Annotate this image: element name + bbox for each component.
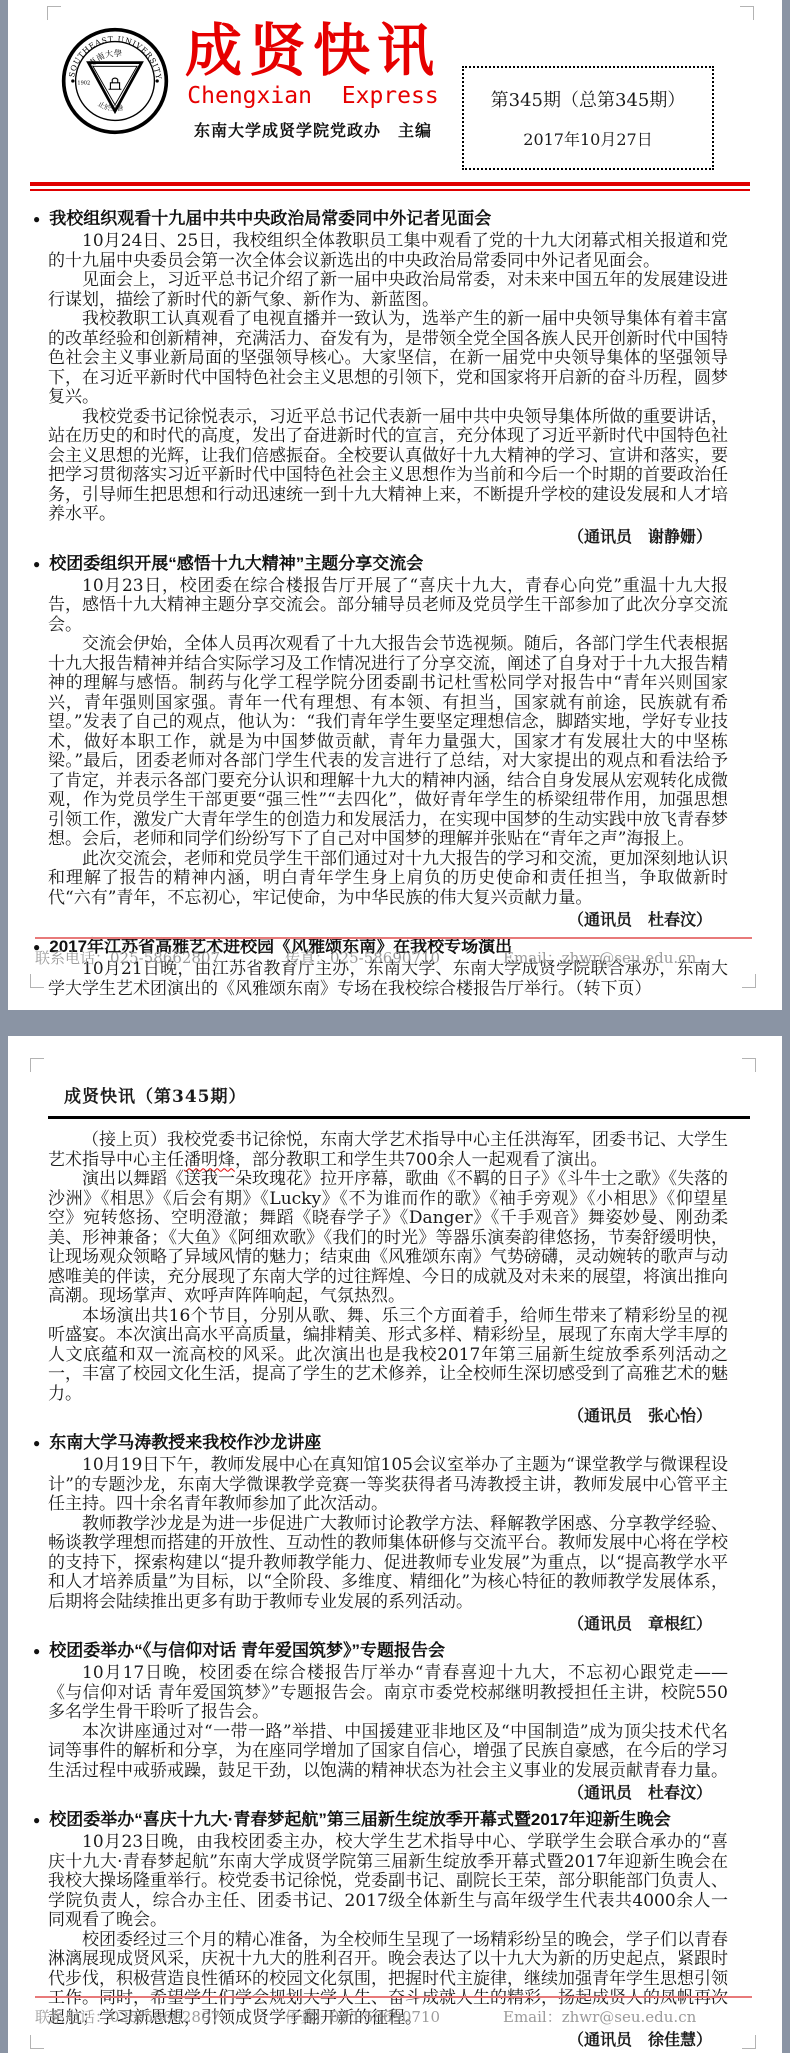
- article-paragraph: 教师教学沙龙是为进一步促进广大教师讨论教学方法、释解教学困惑、分享教学经验、畅谈…: [48, 1515, 728, 1613]
- bullet-icon: ●: [33, 1813, 40, 1827]
- continuation-post: ，部分教职工和学生共700余人一起观看了演出。: [235, 1150, 607, 1170]
- footer-rule: [35, 1996, 752, 1998]
- page2-articles: （接上页）我校党委书记徐悦，东南大学艺术指导中心主任洪海军，团委书记、大学生艺术…: [8, 1119, 782, 2051]
- article-paragraph: 本场演出共16个节目，分别从歌、舞、乐三个方面着手，给师生带来了精彩纷呈的视听盛…: [48, 1307, 728, 1405]
- article-paragraph: 10月24日、25日，我校组织全体教职员工集中观看了党的十九大闭幕式相关报道和党…: [48, 232, 728, 271]
- article-title: ●东南大学马涛教授来我校作沙龙讲座: [33, 1432, 728, 1454]
- crop-mark: [742, 1058, 756, 1072]
- article-paragraph: 10月23日，校团委在综合楼报告厅开展了“喜庆十九大，青春心向党”重温十九大报告…: [48, 577, 728, 636]
- page2-footer: 联系电话：025-58662807 传真：025-58690710 Email：…: [35, 1996, 752, 2027]
- article-paragraph: 10月19日下午，教师发展中心在真知馆105会议室举办了主题为“课堂教学与微课程…: [48, 1456, 728, 1515]
- footer-phone: 联系电话：025-58662807: [35, 948, 285, 968]
- newsletter-title: 成贤快讯: [168, 20, 458, 82]
- crop-mark: [30, 2035, 44, 2049]
- article-paragraph: 我校党委书记徐悦表示，习近平总书记代表新一届中共中央领导集体所做的重要讲话，站在…: [48, 408, 728, 525]
- article-paragraph: 10月23日晚，由我校团委主办，校大学生艺术指导中心、学联学生会联合承办的“喜庆…: [48, 1833, 728, 1931]
- article-title: ●校团委举办“《与信仰对话 青年爱国筑梦》”专题报告会: [33, 1640, 728, 1662]
- article-title: ●校团委组织开展“感悟十九大精神”主题分享交流会: [33, 553, 728, 575]
- footer-email: Email：zhwr@seu.edu.cn: [503, 948, 696, 968]
- southeast-university-seal-logo: SOUTHEAST UNIVERSITY 東南大學 1902 止於至善: [60, 26, 170, 136]
- article-2: ●校团委组织开展“感悟十九大精神”主题分享交流会 10月23日，校团委在综合楼报…: [48, 553, 728, 932]
- crop-mark: [742, 2035, 756, 2049]
- article-title-text: 校团委组织开展“感悟十九大精神”主题分享交流会: [49, 554, 423, 573]
- issue-date: 2017年10月27日: [523, 127, 652, 150]
- article-1: ●我校组织观看十九届中共中央政治局常委同中外记者见面会 10月24日、25日，我…: [48, 208, 728, 548]
- article-byline: （通讯员 杜春汶）: [48, 1781, 728, 1804]
- article-title-text: 校团委举办“《与信仰对话 青年爱国筑梦》”专题报告会: [49, 1641, 445, 1660]
- newsletter-page-2: 成贤快讯（第345期） （接上页）我校党委书记徐悦，东南大学艺术指导中心主任洪海…: [8, 1036, 782, 2053]
- article-title: ●校团委举办“喜庆十九大·青春梦起航”第三届新生绽放季开幕式暨2017年迎新生晚…: [33, 1809, 728, 1831]
- bullet-icon: ●: [33, 212, 40, 226]
- crop-mark: [742, 974, 756, 988]
- article-paragraph: 见面会上，习近平总书记介绍了新一届中央政治局常委，对未来中国五年的发展建设进行谋…: [48, 271, 728, 310]
- article-paragraph: 10月17日晚，校团委在综合楼报告厅举办“青春喜迎十九大，不忘初心跟党走——《与…: [48, 1664, 728, 1723]
- article-paragraph: 演出以舞蹈《送我一朵玫瑰花》拉开序幕，歌曲《不羁的日子》《斗牛士之歌》《失落的沙…: [48, 1170, 728, 1307]
- article-title: ●我校组织观看十九届中共中央政治局常委同中外记者见面会: [33, 208, 728, 230]
- publisher-line: 东南大学成贤学院党政办 主编: [168, 118, 458, 141]
- page1-articles: ●我校组织观看十九届中共中央政治局常委同中外记者见面会 10月24日、25日，我…: [8, 199, 782, 999]
- running-head: 成贤快讯（第345期）: [64, 1082, 750, 1107]
- article-title-text: 我校组织观看十九届中共中央政治局常委同中外记者见面会: [49, 209, 491, 228]
- article-4: ●东南大学马涛教授来我校作沙龙讲座 10月19日下午，教师发展中心在真知馆105…: [48, 1432, 728, 1635]
- article-byline: （通讯员 徐佳慧）: [48, 2028, 728, 2051]
- footer-email: Email：zhwr@seu.edu.cn: [503, 2007, 696, 2027]
- article-byline: （通讯员 章根红）: [48, 1612, 728, 1635]
- footer-phone: 联系电话：025-58662807: [35, 2007, 285, 2027]
- article-byline: （通讯员 杜春汶）: [48, 908, 728, 931]
- page2-header: 成贤快讯（第345期）: [8, 1036, 782, 1119]
- bullet-icon: ●: [33, 557, 40, 571]
- document-canvas: SOUTHEAST UNIVERSITY 東南大學 1902 止於至善 成贤快讯…: [0, 0, 790, 2053]
- article-paragraph: 此次交流会，老师和党员学生干部们通过对十九大报告的学习和交流，更加深刻地认识和理…: [48, 850, 728, 909]
- footer-fax: 传真：025-58690710: [285, 2007, 503, 2027]
- article-byline: （通讯员 谢静姗）: [48, 525, 728, 548]
- article-paragraph: （接上页）我校党委书记徐悦，东南大学艺术指导中心主任洪海军，团委书记、大学生艺术…: [48, 1131, 728, 1170]
- article-paragraph: 我校教职工认真观看了电视直播并一致认为，选举产生的新一届中央领导集体有着丰富的改…: [48, 310, 728, 408]
- page1-footer: 联系电话：025-58662807 传真：025-58690710 Email：…: [35, 937, 752, 968]
- article-5: ●校团委举办“《与信仰对话 青年爱国筑梦》”专题报告会 10月17日晚，校团委在…: [48, 1640, 728, 1804]
- article-3-continued: （接上页）我校党委书记徐悦，东南大学艺术指导中心主任洪海军，团委书记、大学生艺术…: [48, 1131, 728, 1427]
- newsletter-page-1: SOUTHEAST UNIVERSITY 東南大學 1902 止於至善 成贤快讯…: [8, 0, 782, 1010]
- footer-fax: 传真：025-58690710: [285, 948, 503, 968]
- footer-rule: [35, 937, 752, 939]
- issue-number: 第345期（总第345期）: [491, 86, 686, 112]
- double-red-rule: [30, 182, 750, 191]
- article-paragraph: 交流会伊始，全体人员再次观看了十九大报告会节选视频。随后，各部门学生代表根据十九…: [48, 635, 728, 850]
- newsletter-title-en: Chengxian Express: [168, 83, 458, 109]
- article-paragraph: 本次讲座通过对“一带一路”举措、中国援建亚非地区及“中国制造”成为顶尖技术代名词…: [48, 1723, 728, 1782]
- issue-box: 第345期（总第345期） 2017年10月27日: [462, 66, 714, 170]
- seal-year: 1902: [77, 81, 90, 87]
- article-byline: （通讯员 张心怡）: [48, 1404, 728, 1427]
- bullet-icon: ●: [33, 1644, 40, 1658]
- spellcheck-word: 潘明烽: [184, 1150, 235, 1170]
- crop-mark: [30, 1058, 44, 1072]
- crop-mark: [30, 974, 44, 988]
- bullet-icon: ●: [33, 1436, 40, 1450]
- article-title-text: 校团委举办“喜庆十九大·青春梦起航”第三届新生绽放季开幕式暨2017年迎新生晚会: [49, 1810, 670, 1829]
- article-title-text: 东南大学马涛教授来我校作沙龙讲座: [49, 1433, 321, 1452]
- masthead: SOUTHEAST UNIVERSITY 東南大學 1902 止於至善 成贤快讯…: [8, 0, 782, 168]
